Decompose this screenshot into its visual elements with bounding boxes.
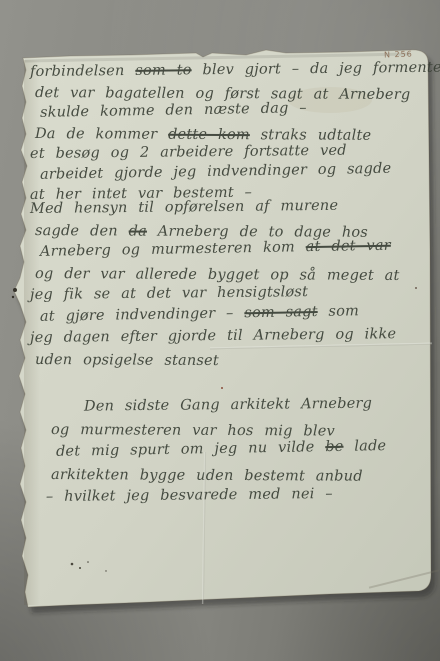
handwritten-text: jeg fik se at det var hensigtsløst [30,284,308,303]
handwritten-line: Den sidste Gang arkitekt Arneberg [46,392,440,419]
handwritten-text: jeg dagen efter gjorde til Arneberg og i… [30,326,396,346]
fold-crease-diagonal [369,569,439,588]
handwritten-text: Da de kommer [35,126,168,143]
handwritten-line: – hvilket jeg besvarede med nei – [46,482,440,509]
manuscript-page: N 256 forbindelsen som to blev gjort – d… [0,0,440,661]
handwritten-text: arkitekten bygge uden bestemt anbud [51,467,363,485]
paragraph-1: forbindelsen som to blev gjort – da jeg … [30,62,434,206]
handwritten-text: som [318,303,360,320]
handwritten-line: forbindelsen som to blev gjort – da jeg … [30,58,434,83]
handwritten-text: arbeidet gjorde jeg indvendinger og sagd… [40,160,392,182]
photo-background: N 256 forbindelsen som to blev gjort – d… [0,0,440,661]
handwritten-text: forbindelsen [30,63,136,80]
handwritten-text: det mig spurt om jeg nu vilde [56,439,326,460]
handwritten-text: blev gjort – da jeg formente [192,60,440,79]
struck-text: be [325,439,344,455]
handwritten-text: Arneberg og murmesteren kom [40,239,306,260]
handwritten-text: Den sidste Gang arkitekt Arneberg [84,396,372,415]
handwritten-text: at gjøre indvendinger – [40,305,245,325]
handwritten-text: lade [343,438,386,455]
struck-text: da [129,223,147,239]
handwritten-text: et besøg og 2 arbeidere fortsatte ved [30,143,347,162]
handwritten-text: Med hensyn til opførelsen af murene [30,198,338,217]
handwritten-text: sagde den [35,223,129,239]
paragraph-3: Den sidste Gang arkitekt Arnebergog murm… [46,396,440,509]
struck-text: som to [135,62,191,79]
handwritten-text: skulde komme den næste dag – [40,100,307,121]
handwritten-text: uden opsigelse stanset [35,352,219,369]
struck-text: dette kom [168,126,250,142]
handwritten-line: uden opsigelse stanset [30,350,434,374]
struck-text: som sagt [244,303,318,320]
handwritten-text: – hvilket jeg besvarede med nei – [46,486,333,505]
struck-text: at det var [306,238,391,255]
handwritten-line: Med hensyn til opførelsen af murene [30,195,434,221]
